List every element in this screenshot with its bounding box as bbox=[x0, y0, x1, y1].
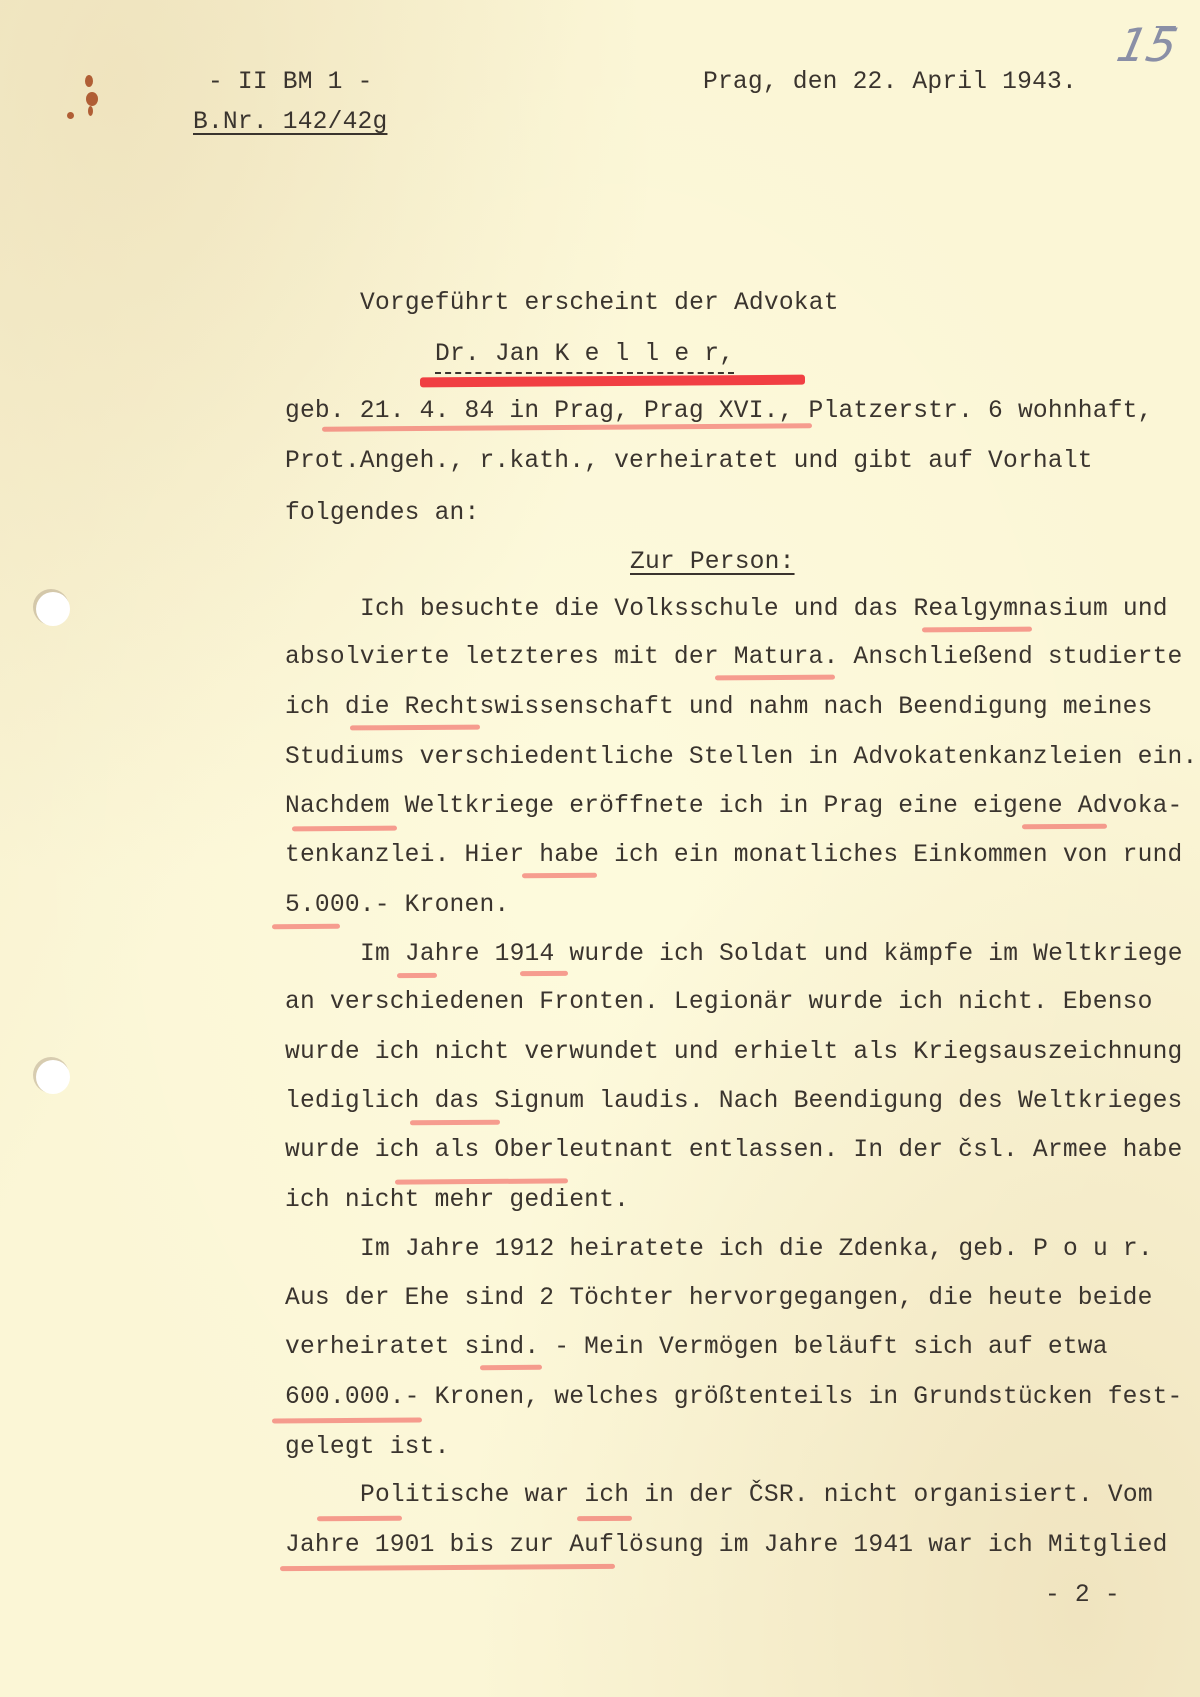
red-underline bbox=[410, 1120, 500, 1126]
body-line: Studiums verschiedentliche Stellen in Ad… bbox=[285, 743, 1197, 773]
red-underline-name bbox=[420, 375, 805, 388]
red-underline bbox=[715, 675, 835, 681]
body-line: absolvierte letzteres mit der Matura. An… bbox=[285, 643, 1183, 673]
body-line: Jahre 1901 bis zur Auflösung im Jahre 19… bbox=[285, 1531, 1168, 1561]
body-line: Aus der Ehe sind 2 Töchter hervorgegange… bbox=[285, 1284, 1153, 1314]
folio-number: 15 bbox=[1112, 18, 1182, 72]
body-line: ich die Rechtswissenschaft und nahm nach… bbox=[285, 693, 1153, 723]
body-line: Politische war ich in der ČSR. nicht org… bbox=[360, 1481, 1153, 1511]
red-underline bbox=[1022, 824, 1107, 830]
red-underline bbox=[397, 973, 437, 978]
intro-text: Vorgeführt erscheint der Advokat bbox=[360, 289, 839, 319]
body-line: Nachdem Weltkriege eröffnete ich in Prag… bbox=[285, 792, 1183, 822]
body-line: 5.000.- Kronen. bbox=[285, 891, 509, 921]
person-name: Dr. Jan K e l l e r, bbox=[435, 340, 734, 374]
red-underline bbox=[317, 1516, 402, 1522]
body-line: Ich besuchte die Volksschule und das Rea… bbox=[360, 595, 1168, 625]
red-underline bbox=[522, 873, 597, 879]
body-line: verheiratet sind. - Mein Vermögen beläuf… bbox=[285, 1333, 1108, 1363]
punch-hole-top bbox=[36, 592, 70, 626]
red-underline bbox=[520, 971, 568, 976]
department-code: - II BM 1 - bbox=[208, 68, 373, 98]
red-underline bbox=[292, 826, 397, 832]
staple-rust-mark bbox=[88, 106, 93, 116]
body-line: ich nicht mehr gedient. bbox=[285, 1186, 629, 1216]
body-line: wurde ich als Oberleutnant entlassen. In… bbox=[285, 1136, 1183, 1166]
red-underline bbox=[395, 1178, 568, 1184]
body-line: gelegt ist. bbox=[285, 1433, 450, 1463]
personal-line: folgendes an: bbox=[285, 499, 479, 529]
body-line: lediglich das Signum laudis. Nach Beendi… bbox=[285, 1087, 1183, 1117]
page-continuation: - 2 - bbox=[1045, 1581, 1120, 1611]
body-line: Im Jahre 1914 wurde ich Soldat und kämpf… bbox=[360, 940, 1183, 970]
red-underline bbox=[922, 627, 1032, 633]
body-line: an verschiedenen Fronten. Legionär wurde… bbox=[285, 988, 1153, 1018]
red-underline bbox=[280, 1564, 615, 1571]
red-underline bbox=[480, 1365, 542, 1370]
staple-rust-mark bbox=[86, 92, 98, 106]
body-line: Im Jahre 1912 heiratete ich die Zdenka, … bbox=[360, 1235, 1153, 1265]
staple-rust-mark bbox=[67, 112, 74, 119]
punch-hole-bottom bbox=[36, 1060, 70, 1094]
body-line: wurde ich nicht verwundet und erhielt al… bbox=[285, 1038, 1183, 1068]
reference-number: B.Nr. 142/42g bbox=[193, 108, 387, 138]
staple-rust-mark bbox=[85, 75, 93, 87]
red-underline bbox=[577, 1516, 632, 1521]
personal-line: Prot.Angeh., r.kath., verheiratet und gi… bbox=[285, 447, 1093, 477]
body-line: 600.000.- Kronen, welches größtenteils i… bbox=[285, 1383, 1183, 1413]
place-date: Prag, den 22. April 1943. bbox=[703, 68, 1077, 98]
personal-line: geb. 21. 4. 84 in Prag, Prag XVI., Platz… bbox=[285, 397, 1153, 427]
red-underline bbox=[272, 1417, 422, 1423]
section-heading: Zur Person: bbox=[630, 548, 795, 578]
red-underline bbox=[350, 725, 480, 731]
red-underline bbox=[272, 924, 340, 929]
body-line: tenkanzlei. Hier habe ich ein monatliche… bbox=[285, 841, 1183, 871]
